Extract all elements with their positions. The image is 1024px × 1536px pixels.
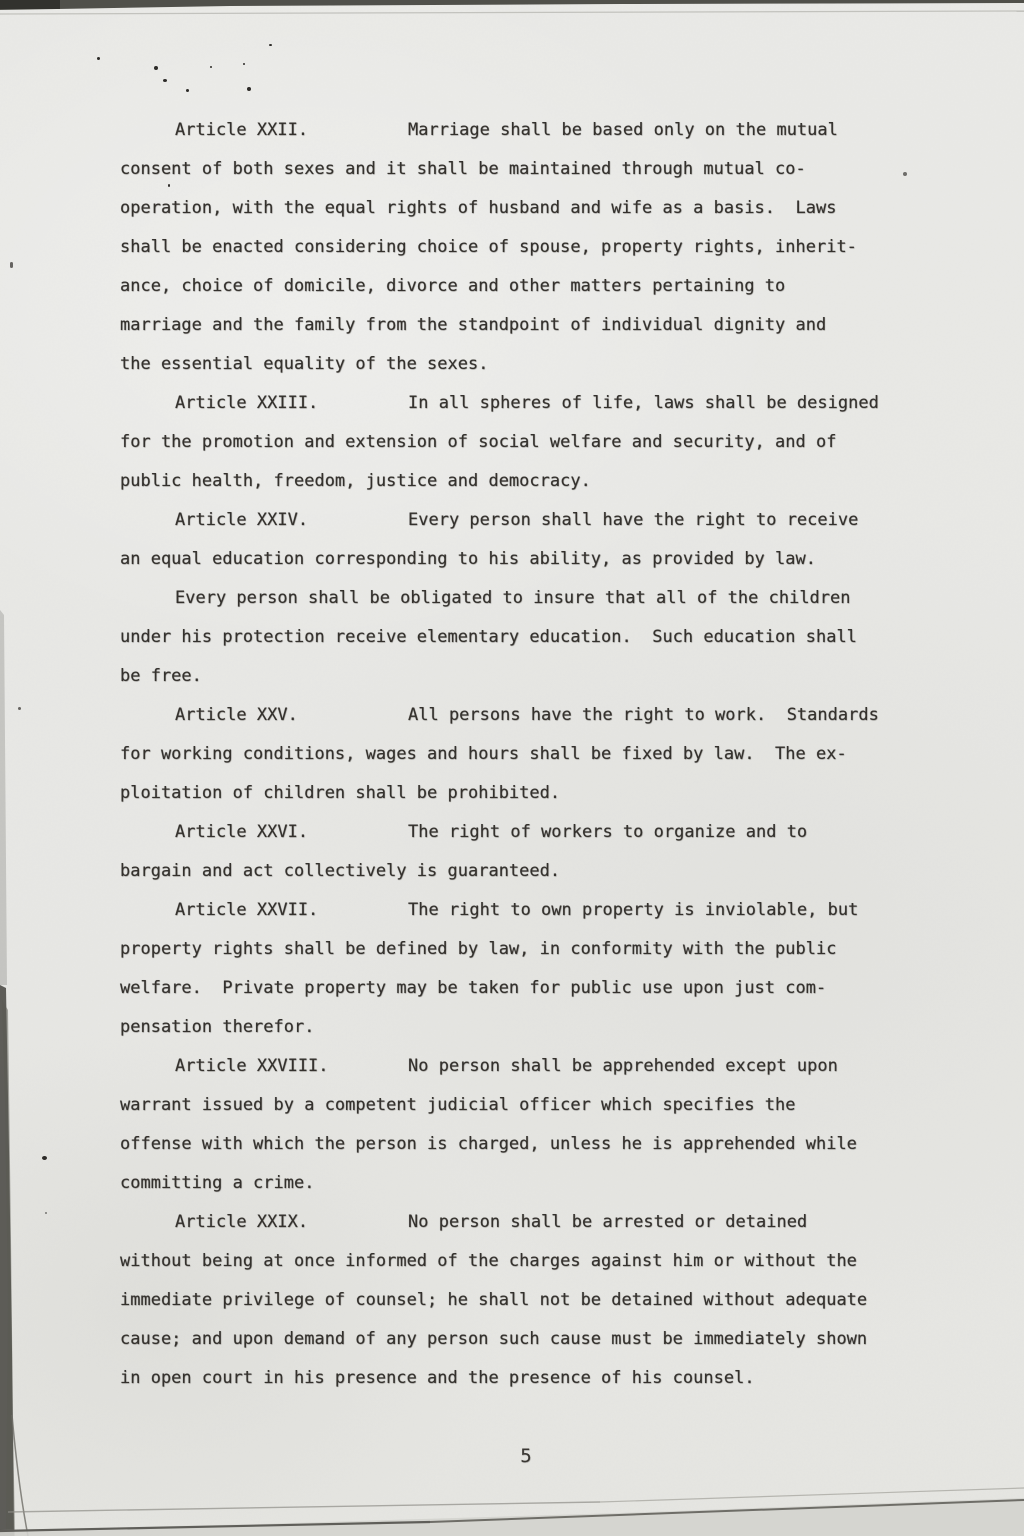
article-text: The right to own property is inviolable,… (408, 900, 858, 920)
article-text: All persons have the right to work. Stan… (408, 705, 879, 725)
article-heading-line: Article XXVI.The right of workers to org… (120, 813, 920, 852)
ink-speck (42, 1156, 47, 1160)
ink-speck (18, 707, 21, 710)
article-text: Every person shall have the right to rec… (408, 510, 858, 530)
text-line: operation, with the equal rights of husb… (120, 189, 920, 228)
scanned-document-page: Article XXII.Marriage shall be based onl… (0, 0, 1024, 1536)
text-line: an equal education corresponding to his … (120, 540, 920, 579)
text-line: ance, choice of domicile, divorce and ot… (120, 267, 920, 306)
article-text: The right of workers to organize and to (408, 822, 807, 842)
text-line: public health, freedom, justice and demo… (120, 462, 920, 501)
text-line: bargain and act collectively is guarante… (120, 852, 920, 891)
text-line: consent of both sexes and it shall be ma… (120, 150, 920, 189)
text-line: property rights shall be defined by law,… (120, 930, 920, 969)
text-line: under his protection receive elementary … (120, 618, 920, 657)
article-label: Article XXIX. (175, 1203, 408, 1242)
text-line: in open court in his presence and the pr… (120, 1359, 920, 1398)
ink-speck (10, 262, 13, 268)
article-label: Article XXVI. (175, 813, 408, 852)
text-line: the essential equality of the sexes. (120, 345, 920, 384)
ink-speck (243, 63, 245, 65)
text-line: for working conditions, wages and hours … (120, 735, 920, 774)
ink-speck (186, 89, 189, 92)
article-label: Article XXV. (175, 696, 408, 735)
text-line: committing a crime. (120, 1164, 920, 1203)
ink-speck (210, 66, 212, 68)
article-text: In all spheres of life, laws shall be de… (408, 393, 879, 413)
text-line: cause; and upon demand of any person suc… (120, 1320, 920, 1359)
text-line: for the promotion and extension of socia… (120, 423, 920, 462)
article-label: Article XXII. (175, 111, 408, 150)
text-line: without being at once informed of the ch… (120, 1242, 920, 1281)
text-line: be free. (120, 657, 920, 696)
text-line: marriage and the family from the standpo… (120, 306, 920, 345)
ink-speck (269, 44, 272, 46)
text-line: ploitation of children shall be prohibit… (120, 774, 920, 813)
article-heading-line: Article XXIV.Every person shall have the… (120, 501, 920, 540)
ink-speck (97, 57, 100, 60)
text-line: Every person shall be obligated to insur… (120, 579, 920, 618)
article-heading-line: Article XXIII.In all spheres of life, la… (120, 384, 920, 423)
article-label: Article XXVIII. (175, 1047, 408, 1086)
text-line: shall be enacted considering choice of s… (120, 228, 920, 267)
ink-speck (247, 87, 251, 91)
article-heading-line: Article XXVII.The right to own property … (120, 891, 920, 930)
article-label: Article XXIII. (175, 384, 408, 423)
text-line: welfare. Private property may be taken f… (120, 969, 920, 1008)
typed-text-block: Article XXII.Marriage shall be based onl… (120, 111, 920, 1398)
article-label: Article XXVII. (175, 891, 408, 930)
page-number: 5 (14, 1441, 1024, 1471)
text-line: immediate privilege of counsel; he shall… (120, 1281, 920, 1320)
text-line: warrant issued by a competent judicial o… (120, 1086, 920, 1125)
ink-speck (45, 1212, 47, 1214)
ink-speck (163, 79, 167, 82)
article-heading-line: Article XXV.All persons have the right t… (120, 696, 920, 735)
article-heading-line: Article XXII.Marriage shall be based onl… (120, 111, 920, 150)
article-label: Article XXIV. (175, 501, 408, 540)
ink-speck (154, 66, 158, 70)
article-text: Marriage shall be based only on the mutu… (408, 120, 838, 140)
article-heading-line: Article XXVIII.No person shall be appreh… (120, 1047, 920, 1086)
article-heading-line: Article XXIX.No person shall be arrested… (120, 1203, 920, 1242)
article-text: No person shall be apprehended except up… (408, 1056, 838, 1076)
text-line: offense with which the person is charged… (120, 1125, 920, 1164)
text-line: pensation therefor. (120, 1008, 920, 1047)
article-text: No person shall be arrested or detained (408, 1212, 807, 1232)
